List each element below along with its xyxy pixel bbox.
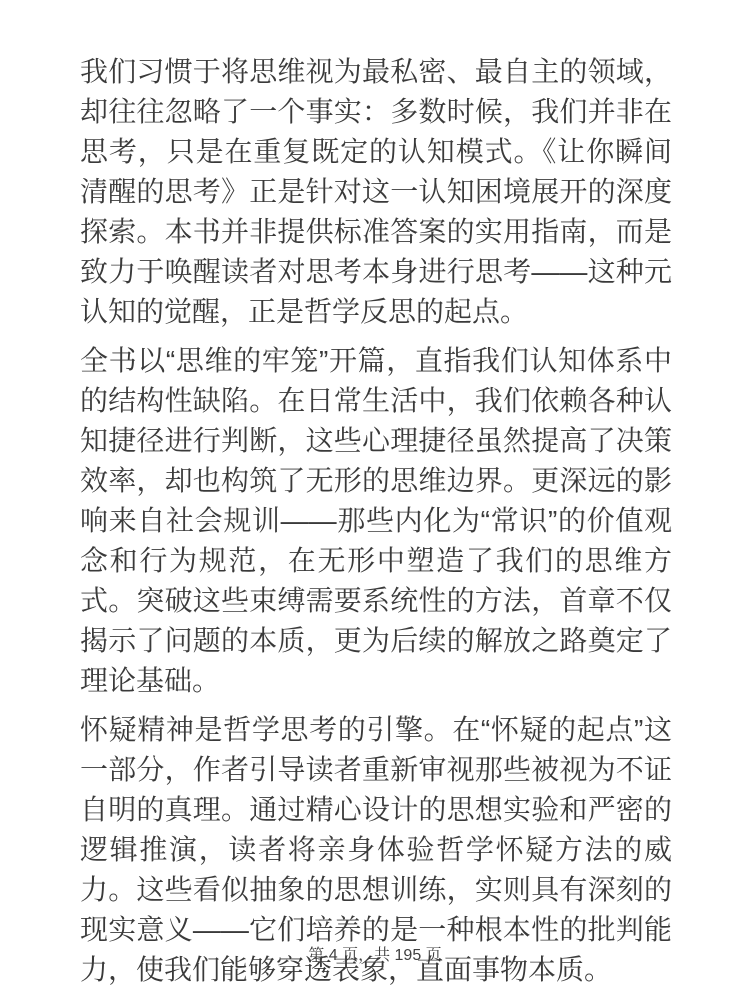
paragraph-1: 我们习惯于将思维视为最私密、最自主的领域，却往往忽略了一个事实：多数时候，我们并… (80, 52, 672, 332)
document-page: 我们习惯于将思维视为最私密、最自主的领域，却往往忽略了一个事实：多数时候，我们并… (0, 0, 750, 1000)
page-number-footer: 第 4 页，共 195 页 (0, 944, 750, 968)
document-body-text: 我们习惯于将思维视为最私密、最自主的领域，却往往忽略了一个事实：多数时候，我们并… (80, 52, 672, 999)
paragraph-2: 全书以“思维的牢笼”开篇，直指我们认知体系中的结构性缺陷。在日常生活中，我们依赖… (80, 341, 672, 701)
